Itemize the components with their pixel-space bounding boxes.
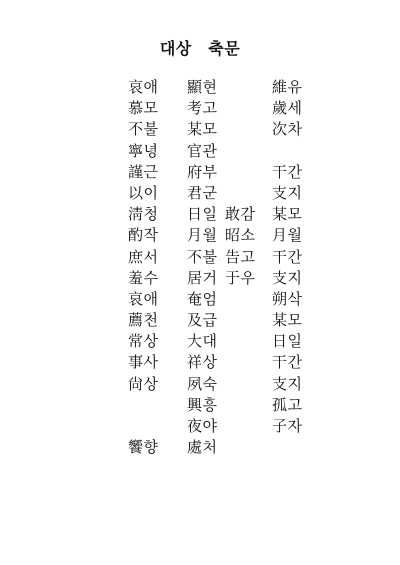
table-row: 薦천 及급 某모 — [128, 311, 314, 332]
hanja-hangul-pair: 某모 — [272, 311, 314, 332]
hanja-hangul-pair: 某모 — [187, 120, 225, 141]
table-row: 庶서 不불 告고 干간 — [128, 248, 314, 269]
hanja-hangul-pair: 及급 — [187, 311, 225, 332]
hanja-hangul-pair: 干간 — [272, 353, 314, 374]
hanja-hangul-pair: 哀애 — [128, 290, 187, 311]
hanja-hangul-pair: 薦천 — [128, 311, 187, 332]
hanja-hangul-pair: 不불 — [187, 248, 225, 269]
table-row: 夜야 子자 — [128, 417, 314, 438]
hanja-hangul-pair — [225, 184, 272, 205]
hanja-hangul-pair — [225, 353, 272, 374]
hanja-hangul-pair — [225, 396, 272, 417]
hanja-hangul-pair — [225, 142, 272, 163]
hanja-hangul-pair: 朔삭 — [272, 290, 314, 311]
hanja-hangul-pair — [225, 120, 272, 141]
hanja-hangul-pair: 維유 — [272, 78, 314, 99]
hanja-hangul-pair: 某모 — [272, 205, 314, 226]
table-row: 羞수 居거 于우 支지 — [128, 269, 314, 290]
table-row: 饗향 處처 — [128, 438, 314, 459]
table-row: 酌작 月월 昭소 月월 — [128, 226, 314, 247]
hanja-hangul-pair: 次차 — [272, 120, 314, 141]
page-title: 대상 축문 — [0, 36, 400, 59]
hanja-hangul-pair: 歲세 — [272, 99, 314, 120]
hanja-hangul-pair: 酌작 — [128, 226, 187, 247]
hanja-hangul-pair: 興흥 — [187, 396, 225, 417]
hanja-hangul-pair — [225, 417, 272, 438]
hanja-hangul-pair: 祥상 — [187, 353, 225, 374]
hanja-hangul-pair: 夜야 — [187, 417, 225, 438]
hanja-hangul-pair: 官관 — [187, 142, 225, 163]
hanja-hangul-pair: 大대 — [187, 332, 225, 353]
hanja-hangul-pair: 以이 — [128, 184, 187, 205]
table-row: 事사 祥상 干간 — [128, 353, 314, 374]
table-row: 常상 大대 日일 — [128, 332, 314, 353]
hanja-hangul-pair: 顯현 — [187, 78, 225, 99]
hanja-hangul-pair — [225, 438, 272, 459]
hanja-hangul-pair — [272, 438, 314, 459]
hanja-hangul-pair: 支지 — [272, 184, 314, 205]
hanja-hangul-pair: 于우 — [225, 269, 272, 290]
hanja-hangul-pair: 奄엄 — [187, 290, 225, 311]
table-row: 興흥 孤고 — [128, 396, 314, 417]
hanja-hangul-pair: 淸청 — [128, 205, 187, 226]
table-row: 不불 某모 次차 — [128, 120, 314, 141]
hanja-hangul-pair: 月월 — [272, 226, 314, 247]
table-row: 寧녕 官관 — [128, 142, 314, 163]
hanja-hangul-pair: 支지 — [272, 375, 314, 396]
hanja-hangul-pair: 子자 — [272, 417, 314, 438]
chukmun-table: 哀애 顯현 維유 慕모 考고 歲세 不불 某모 次차 寧녕 官관 謹근 府부 — [128, 78, 314, 459]
table-row: 哀애 顯현 維유 — [128, 78, 314, 99]
hanja-hangul-pair: 敢감 — [225, 205, 272, 226]
hanja-hangul-pair: 謹근 — [128, 163, 187, 184]
hanja-hangul-pair: 告고 — [225, 248, 272, 269]
hanja-hangul-pair: 夙숙 — [187, 375, 225, 396]
hanja-hangul-pair: 羞수 — [128, 269, 187, 290]
hanja-hangul-pair: 寧녕 — [128, 142, 187, 163]
hanja-hangul-pair — [225, 99, 272, 120]
hanja-hangul-pair: 饗향 — [128, 438, 187, 459]
hanja-hangul-pair: 日일 — [272, 332, 314, 353]
hanja-hangul-pair: 不불 — [128, 120, 187, 141]
document-page: 대상 축문 哀애 顯현 維유 慕모 考고 歲세 不불 某모 次차 寧녕 官관 — [0, 0, 400, 565]
hanja-hangul-pair — [225, 163, 272, 184]
hanja-hangul-pair: 月월 — [187, 226, 225, 247]
hanja-hangul-pair: 府부 — [187, 163, 225, 184]
hanja-hangul-pair: 哀애 — [128, 78, 187, 99]
table-row: 謹근 府부 干간 — [128, 163, 314, 184]
hanja-hangul-pair: 居거 — [187, 269, 225, 290]
table-row: 淸청 日일 敢감 某모 — [128, 205, 314, 226]
hanja-hangul-pair: 日일 — [187, 205, 225, 226]
table-row: 哀애 奄엄 朔삭 — [128, 290, 314, 311]
hanja-hangul-pair — [225, 78, 272, 99]
hanja-hangul-pair: 尙상 — [128, 375, 187, 396]
hanja-hangul-pair: 孤고 — [272, 396, 314, 417]
hanja-hangul-pair — [225, 290, 272, 311]
hanja-hangul-pair — [225, 375, 272, 396]
hanja-hangul-pair — [225, 311, 272, 332]
hanja-hangul-pair — [128, 396, 187, 417]
hanja-hangul-pair: 處처 — [187, 438, 225, 459]
hanja-hangul-pair: 庶서 — [128, 248, 187, 269]
hanja-hangul-pair: 事사 — [128, 353, 187, 374]
hanja-hangul-pair: 干간 — [272, 163, 314, 184]
hanja-hangul-pair: 昭소 — [225, 226, 272, 247]
hanja-hangul-pair: 慕모 — [128, 99, 187, 120]
hanja-hangul-pair: 常상 — [128, 332, 187, 353]
table-row: 慕모 考고 歲세 — [128, 99, 314, 120]
table-row: 以이 君군 支지 — [128, 184, 314, 205]
hanja-hangul-pair: 考고 — [187, 99, 225, 120]
hanja-hangul-pair — [225, 332, 272, 353]
hanja-hangul-pair — [272, 142, 314, 163]
hanja-hangul-pair: 支지 — [272, 269, 314, 290]
hanja-hangul-pair — [128, 417, 187, 438]
hanja-hangul-pair: 君군 — [187, 184, 225, 205]
table-row: 尙상 夙숙 支지 — [128, 375, 314, 396]
hanja-hangul-pair: 干간 — [272, 248, 314, 269]
